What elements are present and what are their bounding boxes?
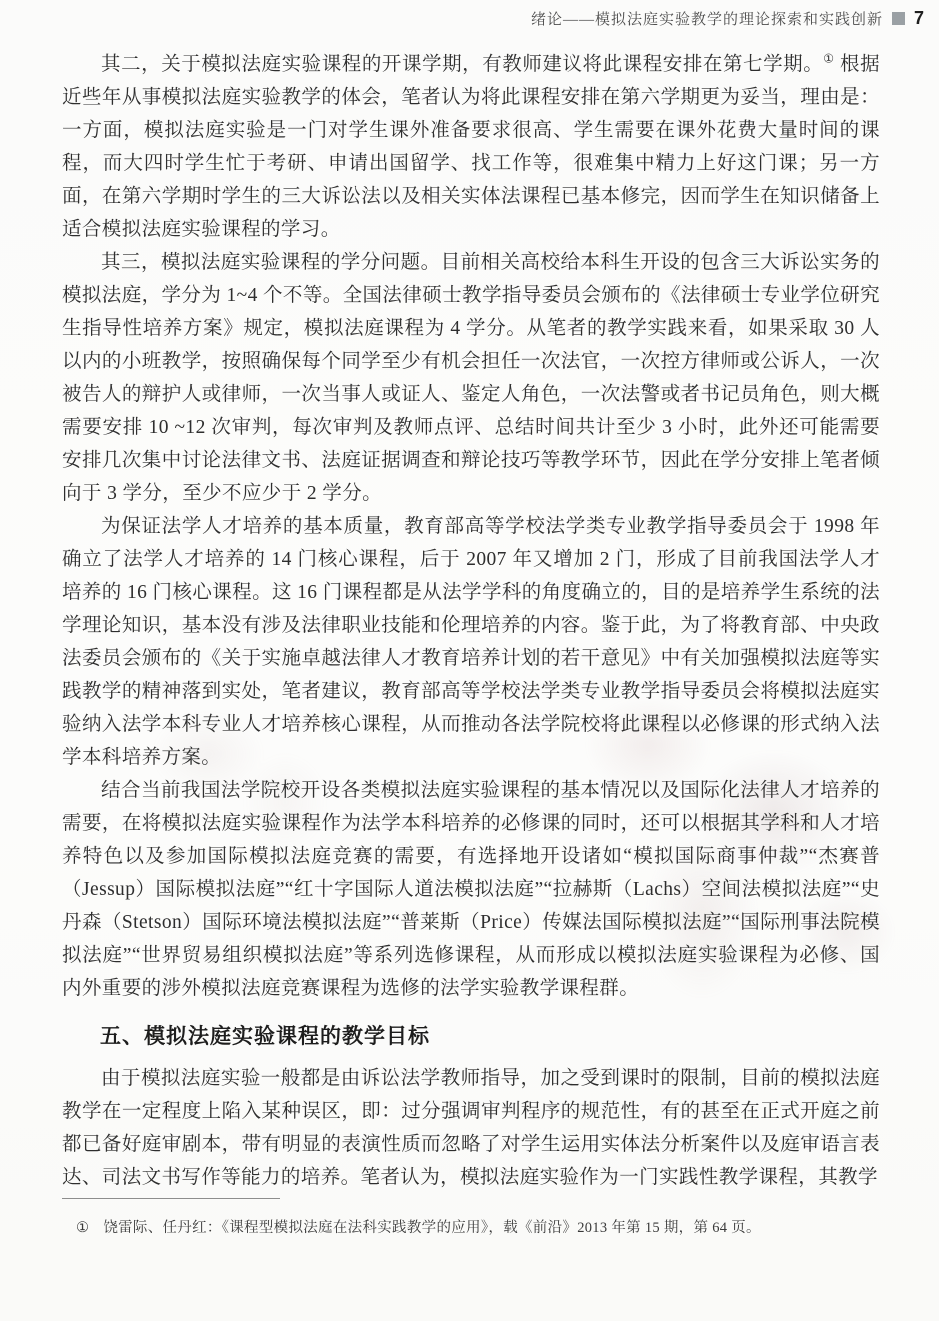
page-number: 7 <box>914 8 925 29</box>
section-marker-square-icon <box>892 12 905 25</box>
footnote-text: 饶雷际、任丹红：《课程型模拟法庭在法科实践教学的应用》，载《前沿》2013 年第… <box>103 1220 761 1236</box>
footnote-area: ①饶雷际、任丹红：《课程型模拟法庭在法科实践教学的应用》，载《前沿》2013 年… <box>62 1198 880 1239</box>
page-body: 其二，关于模拟法庭实验课程的开课学期，有教师建议将此课程安排在第七学期。① 根据… <box>62 48 880 1194</box>
book-page: 绪论——模拟法庭实验教学的理论探索和实践创新 7 其二，关于模拟法庭实验课程的开… <box>0 0 939 1321</box>
footnote-separator-rule <box>62 1198 280 1199</box>
paragraph-course-credits: 其三，模拟法庭实验课程的学分问题。目前相关高校给本科生开设的包含三大诉讼实务的模… <box>62 246 880 510</box>
footnote-reference-mark: ① <box>823 52 834 66</box>
section-heading-teaching-goals: 五、模拟法庭实验课程的教学目标 <box>62 1020 880 1050</box>
paragraph-teaching-misconceptions: 由于模拟法庭实验一般都是由诉讼法学教师指导，加之受到课时的限制，目前的模拟法庭教… <box>62 1062 880 1194</box>
footnote: ①饶雷际、任丹红：《课程型模拟法庭在法科实践教学的应用》，载《前沿》2013 年… <box>62 1217 880 1239</box>
paragraph-text: 根据近些年从事模拟法庭实验教学的体会，笔者认为将此课程安排在第六学期更为妥当，理… <box>62 54 880 240</box>
paragraph-course-semester: 其二，关于模拟法庭实验课程的开课学期，有教师建议将此课程安排在第七学期。① 根据… <box>62 48 880 246</box>
paragraph-elective-moot-courts: 结合当前我国法学院校开设各类模拟法庭实验课程的基本情况以及国际化法律人才培养的需… <box>62 774 880 1005</box>
page-header: 绪论——模拟法庭实验教学的理论探索和实践创新 7 <box>62 8 925 29</box>
paragraph-text: 其二，关于模拟法庭实验课程的开课学期，有教师建议将此课程安排在第七学期。 <box>101 54 823 75</box>
paragraph-core-curriculum: 为保证法学人才培养的基本质量，教育部高等学校法学类专业教学指导委员会于 1998… <box>62 510 880 774</box>
running-head-title: 绪论——模拟法庭实验教学的理论探索和实践创新 <box>531 8 883 29</box>
footnote-marker: ① <box>76 1220 89 1236</box>
